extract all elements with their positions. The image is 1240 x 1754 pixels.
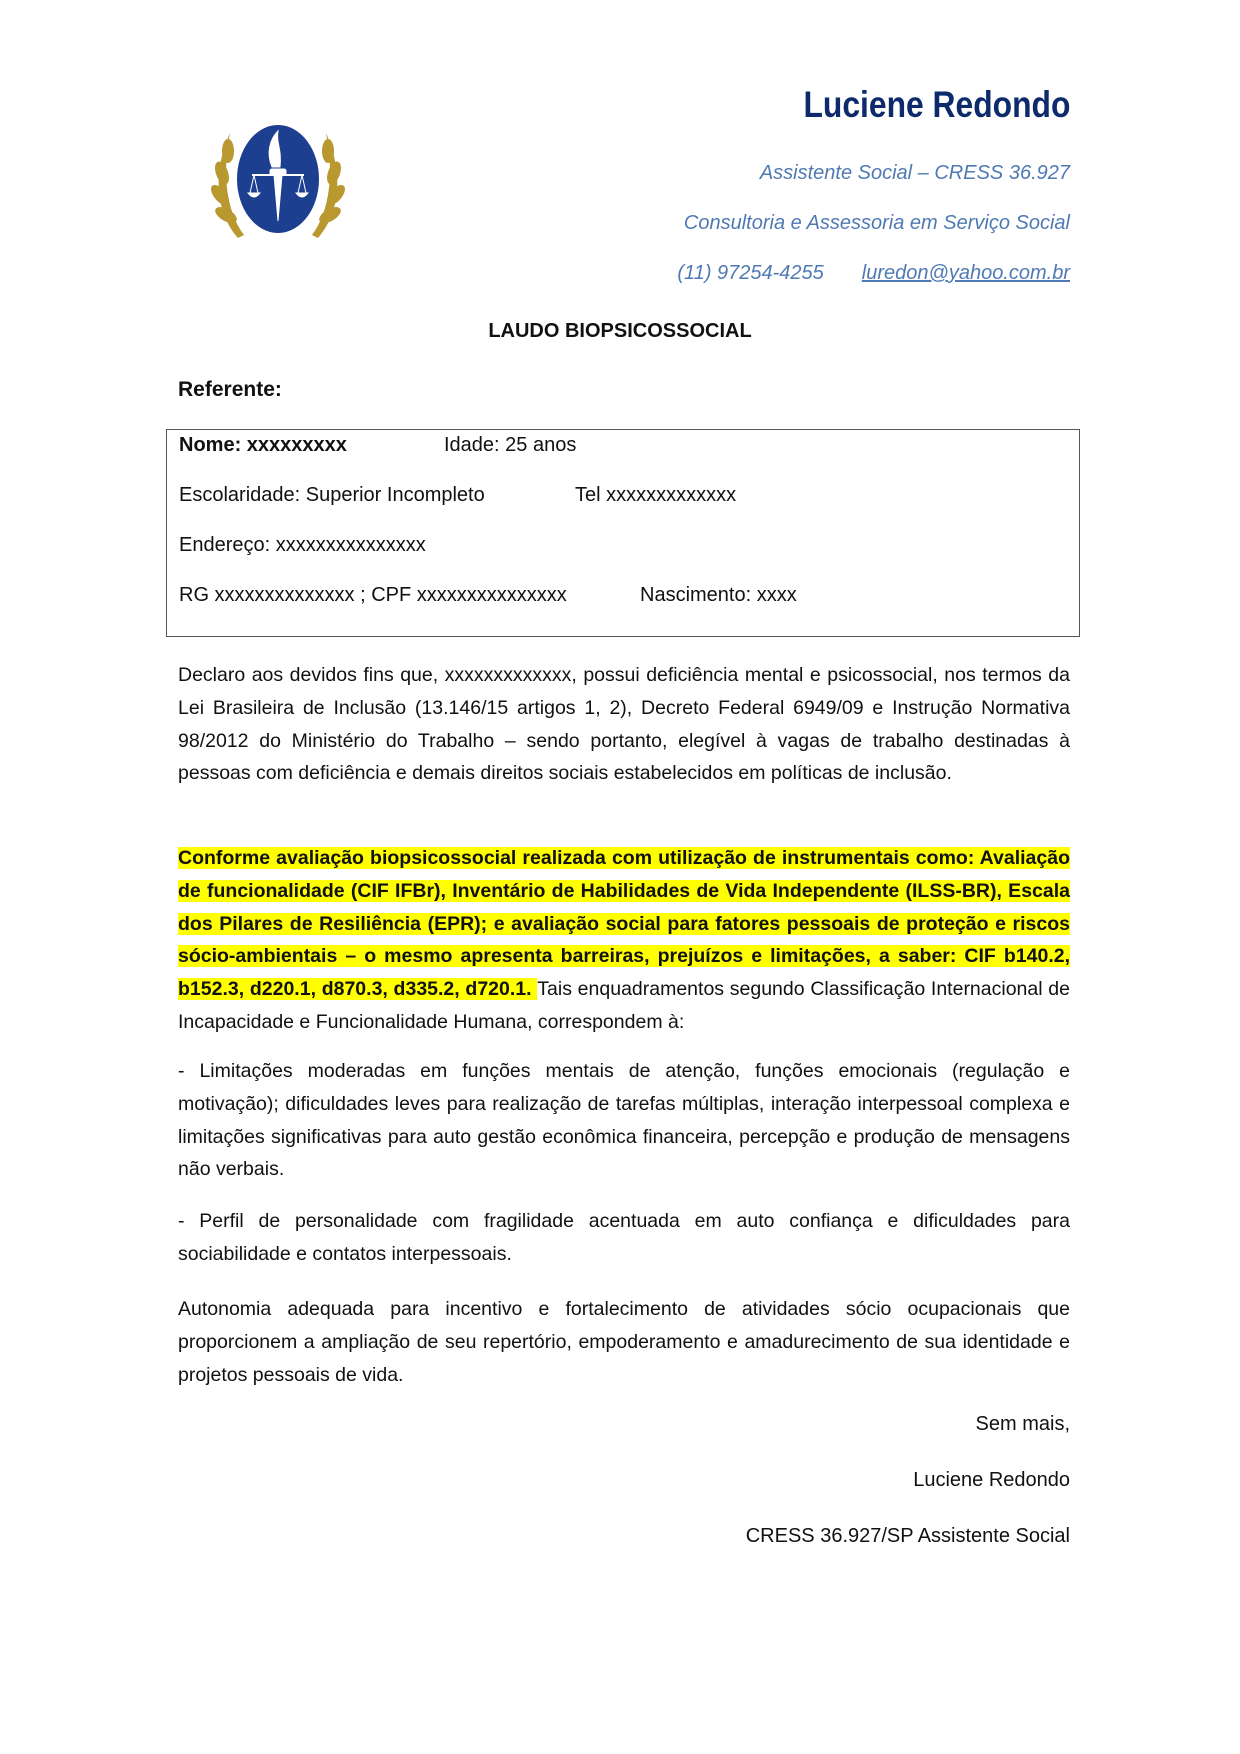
- author-service: Consultoria e Assessoria em Serviço Soci…: [684, 212, 1070, 235]
- escolaridade-field: Escolaridade: Superior Incompleto: [179, 484, 485, 507]
- autonomy-paragraph: Autonomia adequada para incentivo e fort…: [178, 1293, 1070, 1391]
- author-credential: Assistente Social – CRESS 36.927: [760, 162, 1070, 185]
- tel-field: Tel xxxxxxxxxxxxx: [575, 484, 736, 507]
- rg-cpf-field: RG xxxxxxxxxxxxxx ; CPF xxxxxxxxxxxxxxx: [179, 584, 567, 607]
- evaluation-paragraph: Conforme avaliação biopsicossocial reali…: [178, 842, 1070, 1039]
- limitations-paragraph: - Limitações moderadas em funções mentai…: [178, 1055, 1070, 1186]
- signature-credential: CRESS 36.927/SP Assistente Social: [746, 1525, 1070, 1548]
- nome-label: Nome:: [179, 434, 247, 456]
- personality-paragraph: - Perfil de personalidade com fragilidad…: [178, 1205, 1070, 1271]
- phone-number: (11) 97254-4255: [677, 262, 823, 284]
- email-link[interactable]: luredon@yahoo.com.br: [862, 262, 1070, 284]
- author-name: Luciene Redondo: [803, 84, 1070, 126]
- referente-label: Referente:: [178, 378, 282, 402]
- document-title: LAUDO BIOPSICOSSOCIAL: [0, 320, 1240, 343]
- nascimento-field: Nascimento: xxxx: [640, 584, 797, 607]
- declaration-paragraph: Declaro aos devidos fins que, xxxxxxxxxx…: [178, 659, 1070, 790]
- idade-field: Idade: 25 anos: [444, 434, 576, 457]
- nome-field: Nome: xxxxxxxxx: [179, 434, 347, 457]
- logo-emblem-icon: [208, 113, 348, 245]
- contact-line: (11) 97254-4255luredon@yahoo.com.br: [677, 262, 1070, 285]
- endereco-field: Endereço: xxxxxxxxxxxxxxx: [179, 534, 426, 557]
- signature-name: Luciene Redondo: [913, 1469, 1070, 1492]
- identification-box: Nome: xxxxxxxxx Idade: 25 anos Escolarid…: [166, 429, 1080, 637]
- nome-value: xxxxxxxxx: [247, 434, 347, 456]
- closing-text: Sem mais,: [976, 1413, 1070, 1436]
